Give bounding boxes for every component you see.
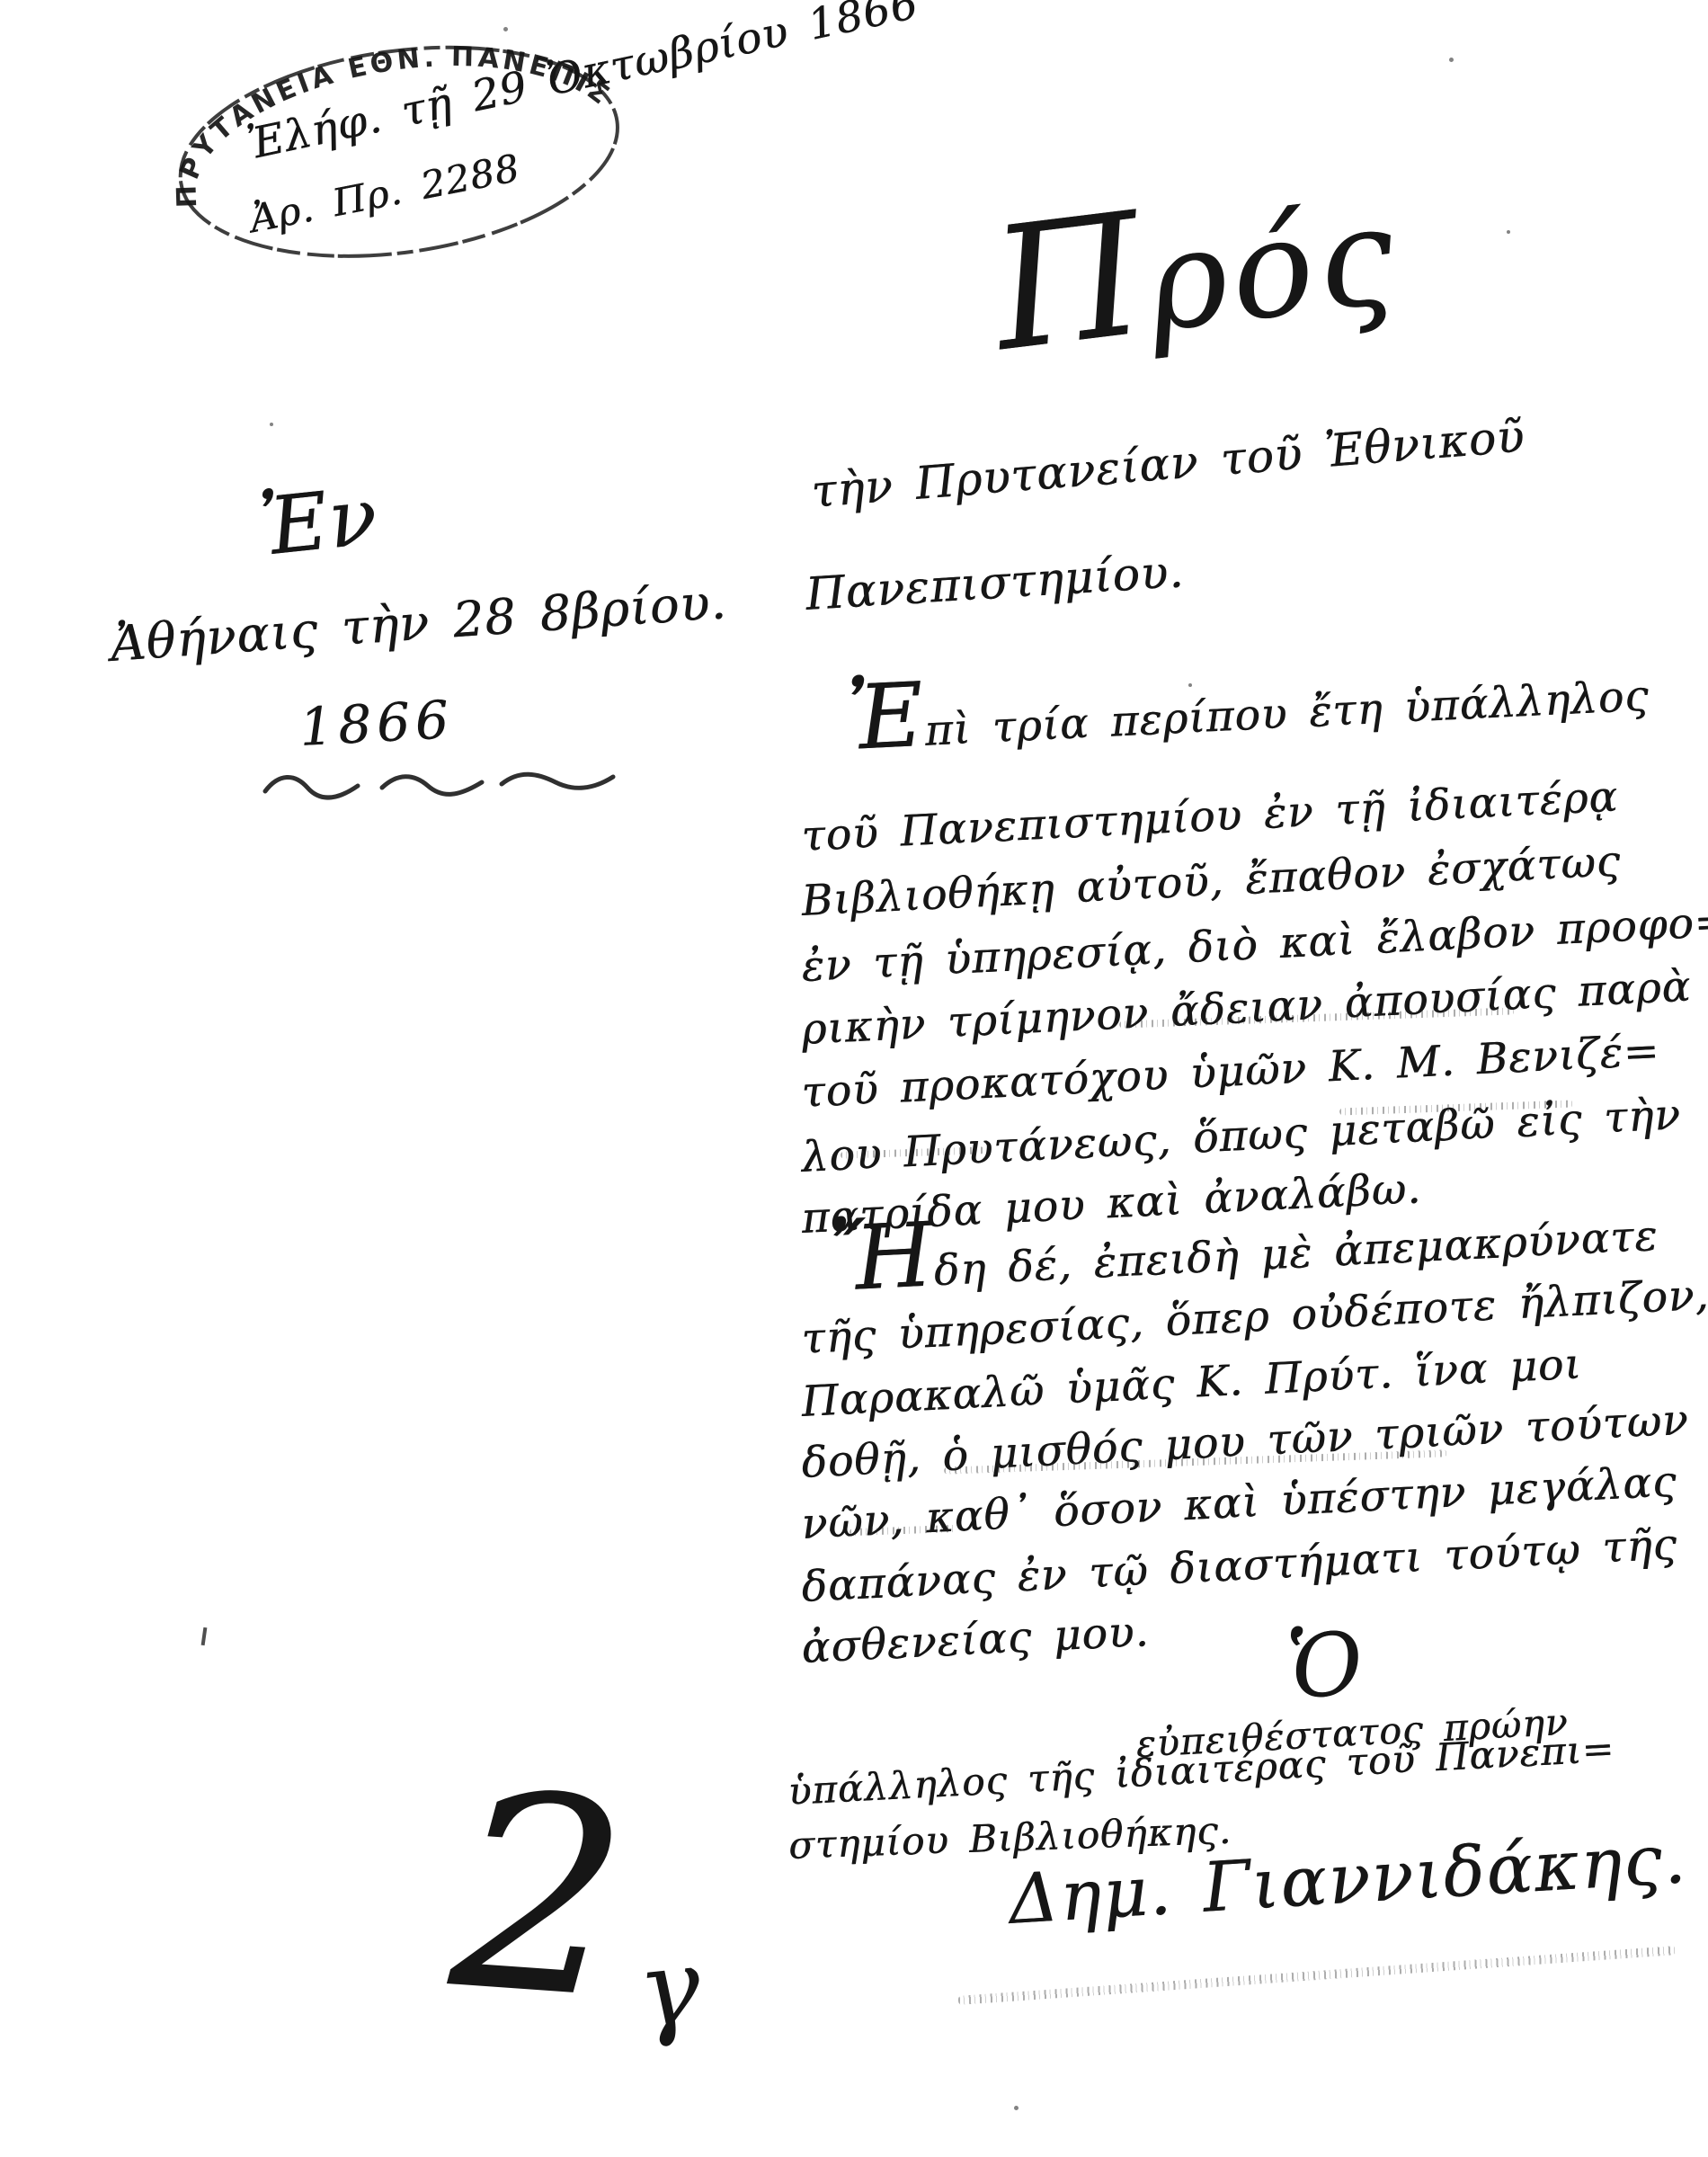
ink-speck	[1014, 2106, 1019, 2110]
ink-speck	[1507, 230, 1510, 234]
dateline-place-date: Ἀθήναις τὴν 28 8βρίου.	[109, 573, 729, 673]
ink-speck	[270, 423, 273, 426]
dateline-year: 1866	[298, 689, 455, 758]
recipient-line: τὴν Πρυτανείαν τοῦ Ἐθνικοῦ	[809, 410, 1526, 518]
letter-heading-to: Πρός	[983, 146, 1408, 389]
docket-letter: γ	[632, 1926, 706, 2052]
docket-numeral: 2	[445, 1757, 635, 2038]
letter-body-line: ἀσθενείας μου.	[800, 1607, 1150, 1673]
recipient-line: Πανεπιστημίου.	[804, 545, 1185, 620]
dateline-place-prefix: Ἐν	[255, 469, 382, 574]
ink-speck	[503, 27, 508, 31]
docket-mark: 2 γ	[454, 1762, 778, 2086]
flourish-underline-icon	[261, 762, 620, 807]
ink-speck	[201, 1627, 208, 1645]
closing-article: Ὁ	[1284, 1612, 1367, 1719]
registry-stamp: ΠΡΥΤΑΝΕΙΑ ΕΘΝ. ΠΑΝΕΠΙΣΤ. Ἐλήφ. τῇ 29 Ὀκτ…	[143, 0, 729, 303]
ink-speck	[1449, 58, 1454, 62]
ink-speck	[1188, 683, 1192, 687]
letter-body-line: Ἐπὶ τρία περίπου ἔτη ὑπάλληλος	[846, 654, 1650, 760]
ink-smudge	[958, 1946, 1677, 2005]
scanned-letter-page: ΠΡΥΤΑΝΕΙΑ ΕΘΝ. ΠΑΝΕΠΙΣΤ. Ἐλήφ. τῇ 29 Ὀκτ…	[0, 0, 1708, 2157]
